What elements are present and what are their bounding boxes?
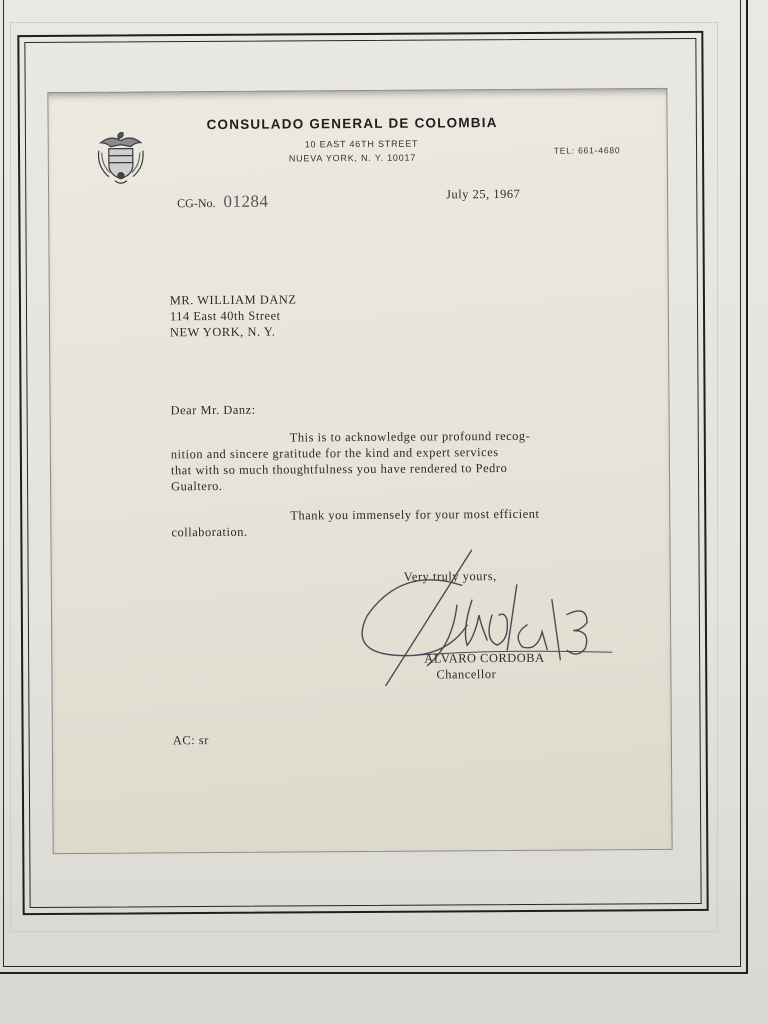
recipient-line: NEW YORK, N. Y.: [170, 323, 297, 340]
reference-number: CG-No.01284: [177, 192, 268, 213]
letter: CONSULADO GENERAL DE COLOMBIA 10 EAST 46…: [48, 89, 671, 853]
paragraph-line: Gualtero.: [171, 475, 621, 494]
colombia-coat-of-arms-icon: [93, 128, 149, 186]
signer-title: Chancellor: [436, 666, 496, 682]
letterhead-telephone: TEL: 661-4680: [554, 145, 621, 155]
body-paragraph-2: Thank you immensely for your most effici…: [171, 505, 621, 540]
recipient-address: MR. WILLIAM DANZ 114 East 40th Street NE…: [170, 291, 297, 340]
reference-label: CG-No.: [177, 196, 215, 210]
organization-name: CONSULADO GENERAL DE COLOMBIA: [207, 115, 498, 132]
reference-initials: AC: sr: [173, 732, 209, 748]
letterhead-address-line-2: NUEVA YORK, N. Y. 10017: [289, 153, 416, 164]
letter-paper: CONSULADO GENERAL DE COLOMBIA 10 EAST 46…: [47, 88, 672, 854]
reference-value: 01284: [223, 192, 268, 211]
letter-date: July 25, 1967: [446, 186, 520, 203]
salutation: Dear Mr. Danz:: [171, 402, 256, 419]
paragraph-line: collaboration.: [171, 521, 621, 540]
signer-name: ALVARO CORDOBA: [424, 650, 544, 667]
recipient-line: 114 East 40th Street: [170, 307, 297, 324]
letterhead-address-line-1: 10 EAST 46TH STREET: [305, 139, 419, 150]
recipient-line: MR. WILLIAM DANZ: [170, 291, 297, 308]
body-paragraph-1: This is to acknowledge our profound reco…: [171, 427, 621, 494]
